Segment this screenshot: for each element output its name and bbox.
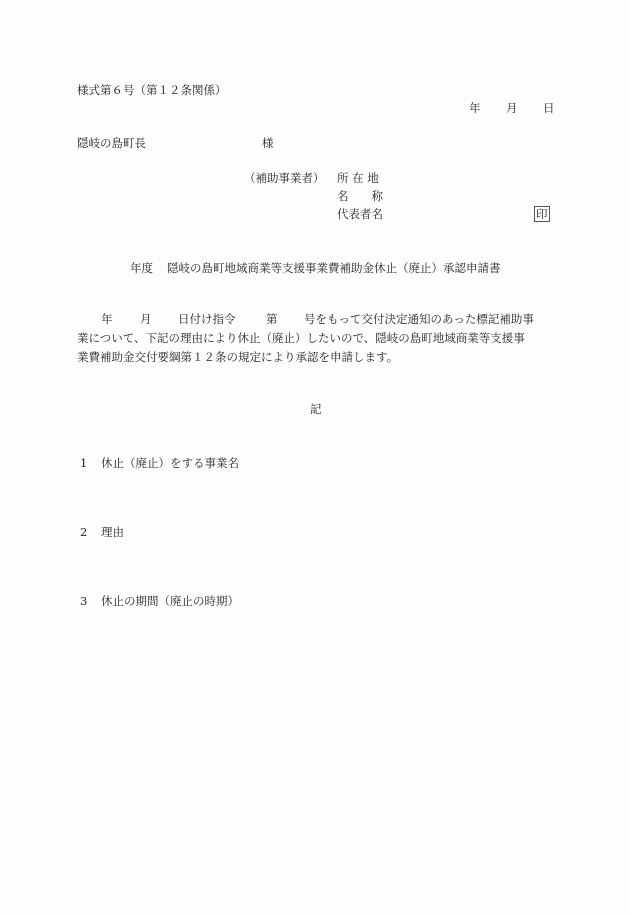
applicant-name-label: 名 称 [337, 189, 383, 203]
body-line1-day-order: 日付け指令 [178, 312, 236, 326]
body-line1-month: 月 [140, 312, 152, 326]
body-line3: 業費補助金交付要綱第１２条の規定により承認を申請します。 [77, 350, 398, 364]
form-number: 様式第６号（第１２条関係） [77, 83, 227, 97]
document-title: 隠岐の島町地域商業等支援事業費補助金休止（廃止）承認申請書 [167, 261, 501, 275]
body-line1-year: 年 [101, 312, 113, 326]
item-1-number: 1 [80, 456, 87, 470]
seal-mark: 印 [534, 206, 550, 222]
document-title-fiscal-year: 年度 [130, 261, 153, 275]
item-2-number: 2 [80, 525, 87, 539]
date-day-label: 日 [543, 101, 555, 115]
record-heading: 記 [310, 402, 322, 416]
date-month-label: 月 [506, 101, 518, 115]
applicant-representative-label: 代表者名 [337, 207, 383, 221]
body-line1-rest: 号をもって交付決定通知のあった標記補助事 [304, 312, 534, 326]
seal-icon: 印 [534, 206, 550, 222]
addressee-honorific: 様 [262, 136, 274, 150]
item-2-label: 理由 [101, 525, 124, 539]
item-3-number: 3 [80, 594, 87, 608]
item-1-label: 休止（廃止）をする事業名 [101, 456, 239, 470]
body-line1-number-prefix: 第 [266, 312, 278, 326]
applicant-address-label: 所 在 地 [337, 171, 379, 185]
applicant-role-label: （補助事業者） [244, 171, 325, 185]
item-3-label: 休止の期間（廃止の時期） [101, 594, 239, 608]
body-line2: 業について、下記の理由により休止（廃止）したいので、隠岐の島町地域商業等支援事 [77, 331, 525, 345]
addressee-name: 隠岐の島町長 [77, 136, 146, 150]
date-year-label: 年 [469, 101, 481, 115]
